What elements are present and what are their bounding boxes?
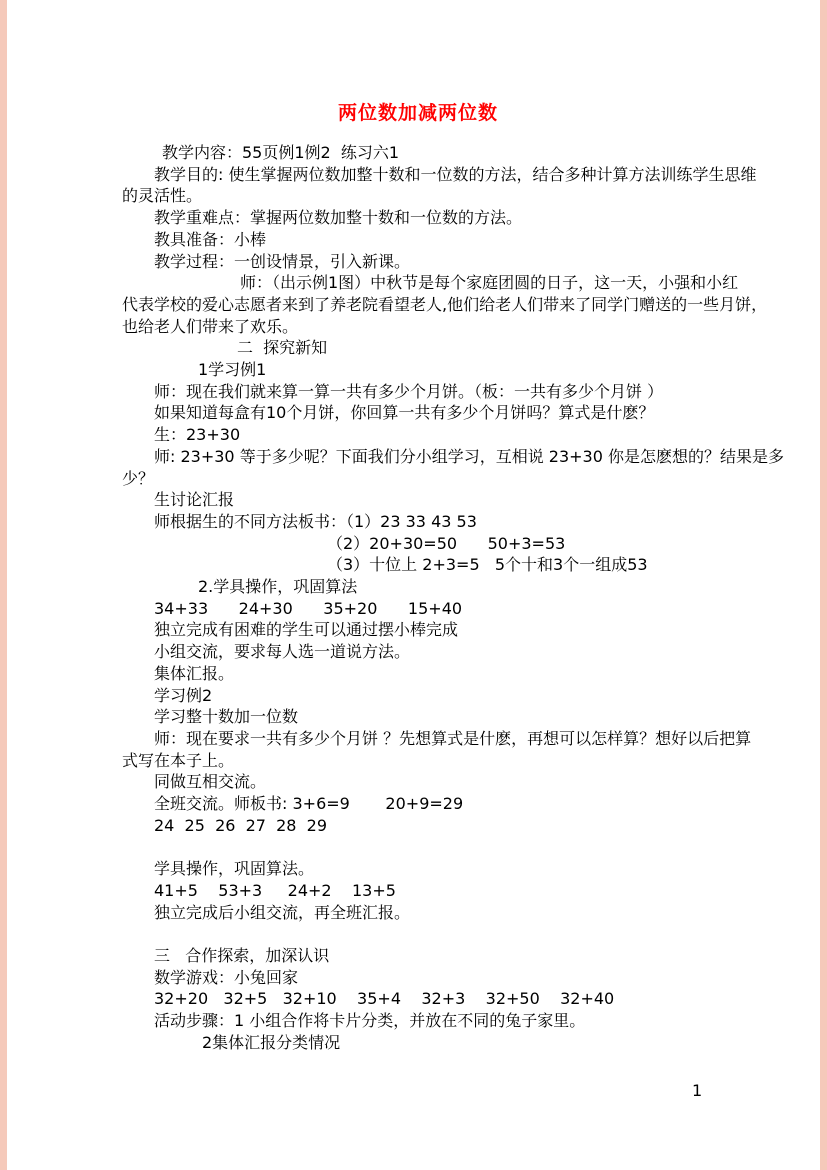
doc-line: （3）十位上 2+3=5 5个十和3个一组成53 (122, 554, 714, 576)
doc-line: 2.学具操作，巩固算法 (122, 576, 714, 598)
doc-line: 也给老人们带来了欢乐。 (122, 316, 714, 338)
doc-line: 三 合作探索，加深认识 (122, 945, 714, 967)
doc-line: 同做互相交流。 (122, 771, 714, 793)
doc-line: 教学内容：55页例1例2 练习六1 (122, 142, 714, 164)
doc-line: 式写在本子上。 (122, 750, 714, 772)
doc-line: 教具准备：小棒 (122, 229, 714, 251)
doc-line: 34+33 24+30 35+20 15+40 (122, 598, 714, 620)
doc-line: 少？ (122, 468, 714, 490)
doc-line (122, 923, 714, 945)
doc-line: 1学习例1 (122, 359, 714, 381)
doc-line: 集体汇报。 (122, 663, 714, 685)
doc-line: 师：现在我们就来算一算一共有多少个月饼。（板：一共有多少个月饼 ） (122, 381, 714, 403)
doc-line: 24 25 26 27 28 29 (122, 815, 714, 837)
doc-line: 独立完成后小组交流，再全班汇报。 (122, 902, 714, 924)
doc-line: 生讨论汇报 (122, 489, 714, 511)
doc-line: 生：23+30 (122, 424, 714, 446)
doc-line: 师：（出示例1图）中秋节是每个家庭团圆的日子，这一天，小强和小红 (122, 272, 714, 294)
doc-line: 学习例2 (122, 685, 714, 707)
page-number: 1 (692, 1080, 702, 1101)
doc-line: 2集体汇报分类情况 (122, 1032, 714, 1054)
doc-line: 32+20 32+5 32+10 35+4 32+3 32+50 32+40 (122, 988, 714, 1010)
doc-line: 师: 23+30 等于多少呢？下面我们分小组学习，互相说 23+30 你是怎麽想… (122, 446, 714, 468)
document-content: 两位数加减两位数 教学内容：55页例1例2 练习六1教学目的: 使生掌握两位数加… (122, 100, 714, 1054)
document-page: 两位数加减两位数 教学内容：55页例1例2 练习六1教学目的: 使生掌握两位数加… (0, 0, 827, 1170)
doc-line: 41+5 53+3 24+2 13+5 (122, 880, 714, 902)
doc-line: 活动步骤：1 小组合作将卡片分类，并放在不同的兔子家里。 (122, 1010, 714, 1032)
doc-line: 数学游戏：小兔回家 (122, 967, 714, 989)
document-title: 两位数加减两位数 (122, 100, 714, 126)
doc-line: 如果知道每盒有10个月饼，你回算一共有多少个月饼吗？算式是什麽？ (122, 402, 714, 424)
left-edge-strip (0, 0, 7, 1170)
document-lines: 教学内容：55页例1例2 练习六1教学目的: 使生掌握两位数加整十数和一位数的方… (122, 142, 714, 1054)
right-edge-strip (820, 0, 827, 1170)
doc-line: 代表学校的爱心志愿者来到了养老院看望老人,他们给老人们带来了同学门赠送的一些月饼… (122, 294, 714, 316)
doc-line: 全班交流。师板书: 3+6=9 20+9=29 (122, 793, 714, 815)
doc-line: 独立完成有困难的学生可以通过摆小棒完成 (122, 619, 714, 641)
doc-line: 学习整十数加一位数 (122, 706, 714, 728)
doc-line: （2）20+30=50 50+3=53 (122, 533, 714, 555)
doc-line: 二 探究新知 (122, 337, 714, 359)
doc-line: 教学目的: 使生掌握两位数加整十数和一位数的方法，结合多种计算方法训练学生思维 (122, 164, 714, 186)
doc-line: 小组交流，要求每人选一道说方法。 (122, 641, 714, 663)
doc-line: 师：现在要求一共有多少个月饼 ？先想算式是什麽，再想可以怎样算？想好以后把算 (122, 728, 714, 750)
doc-line: 师根据生的不同方法板书：（1）23 33 43 53 (122, 511, 714, 533)
doc-line: 教学重难点：掌握两位数加整十数和一位数的方法。 (122, 207, 714, 229)
doc-line (122, 837, 714, 859)
doc-line: 教学过程：一创设情景，引入新课。 (122, 251, 714, 273)
doc-line: 的灵活性。 (122, 185, 714, 207)
doc-line: 学具操作，巩固算法。 (122, 858, 714, 880)
